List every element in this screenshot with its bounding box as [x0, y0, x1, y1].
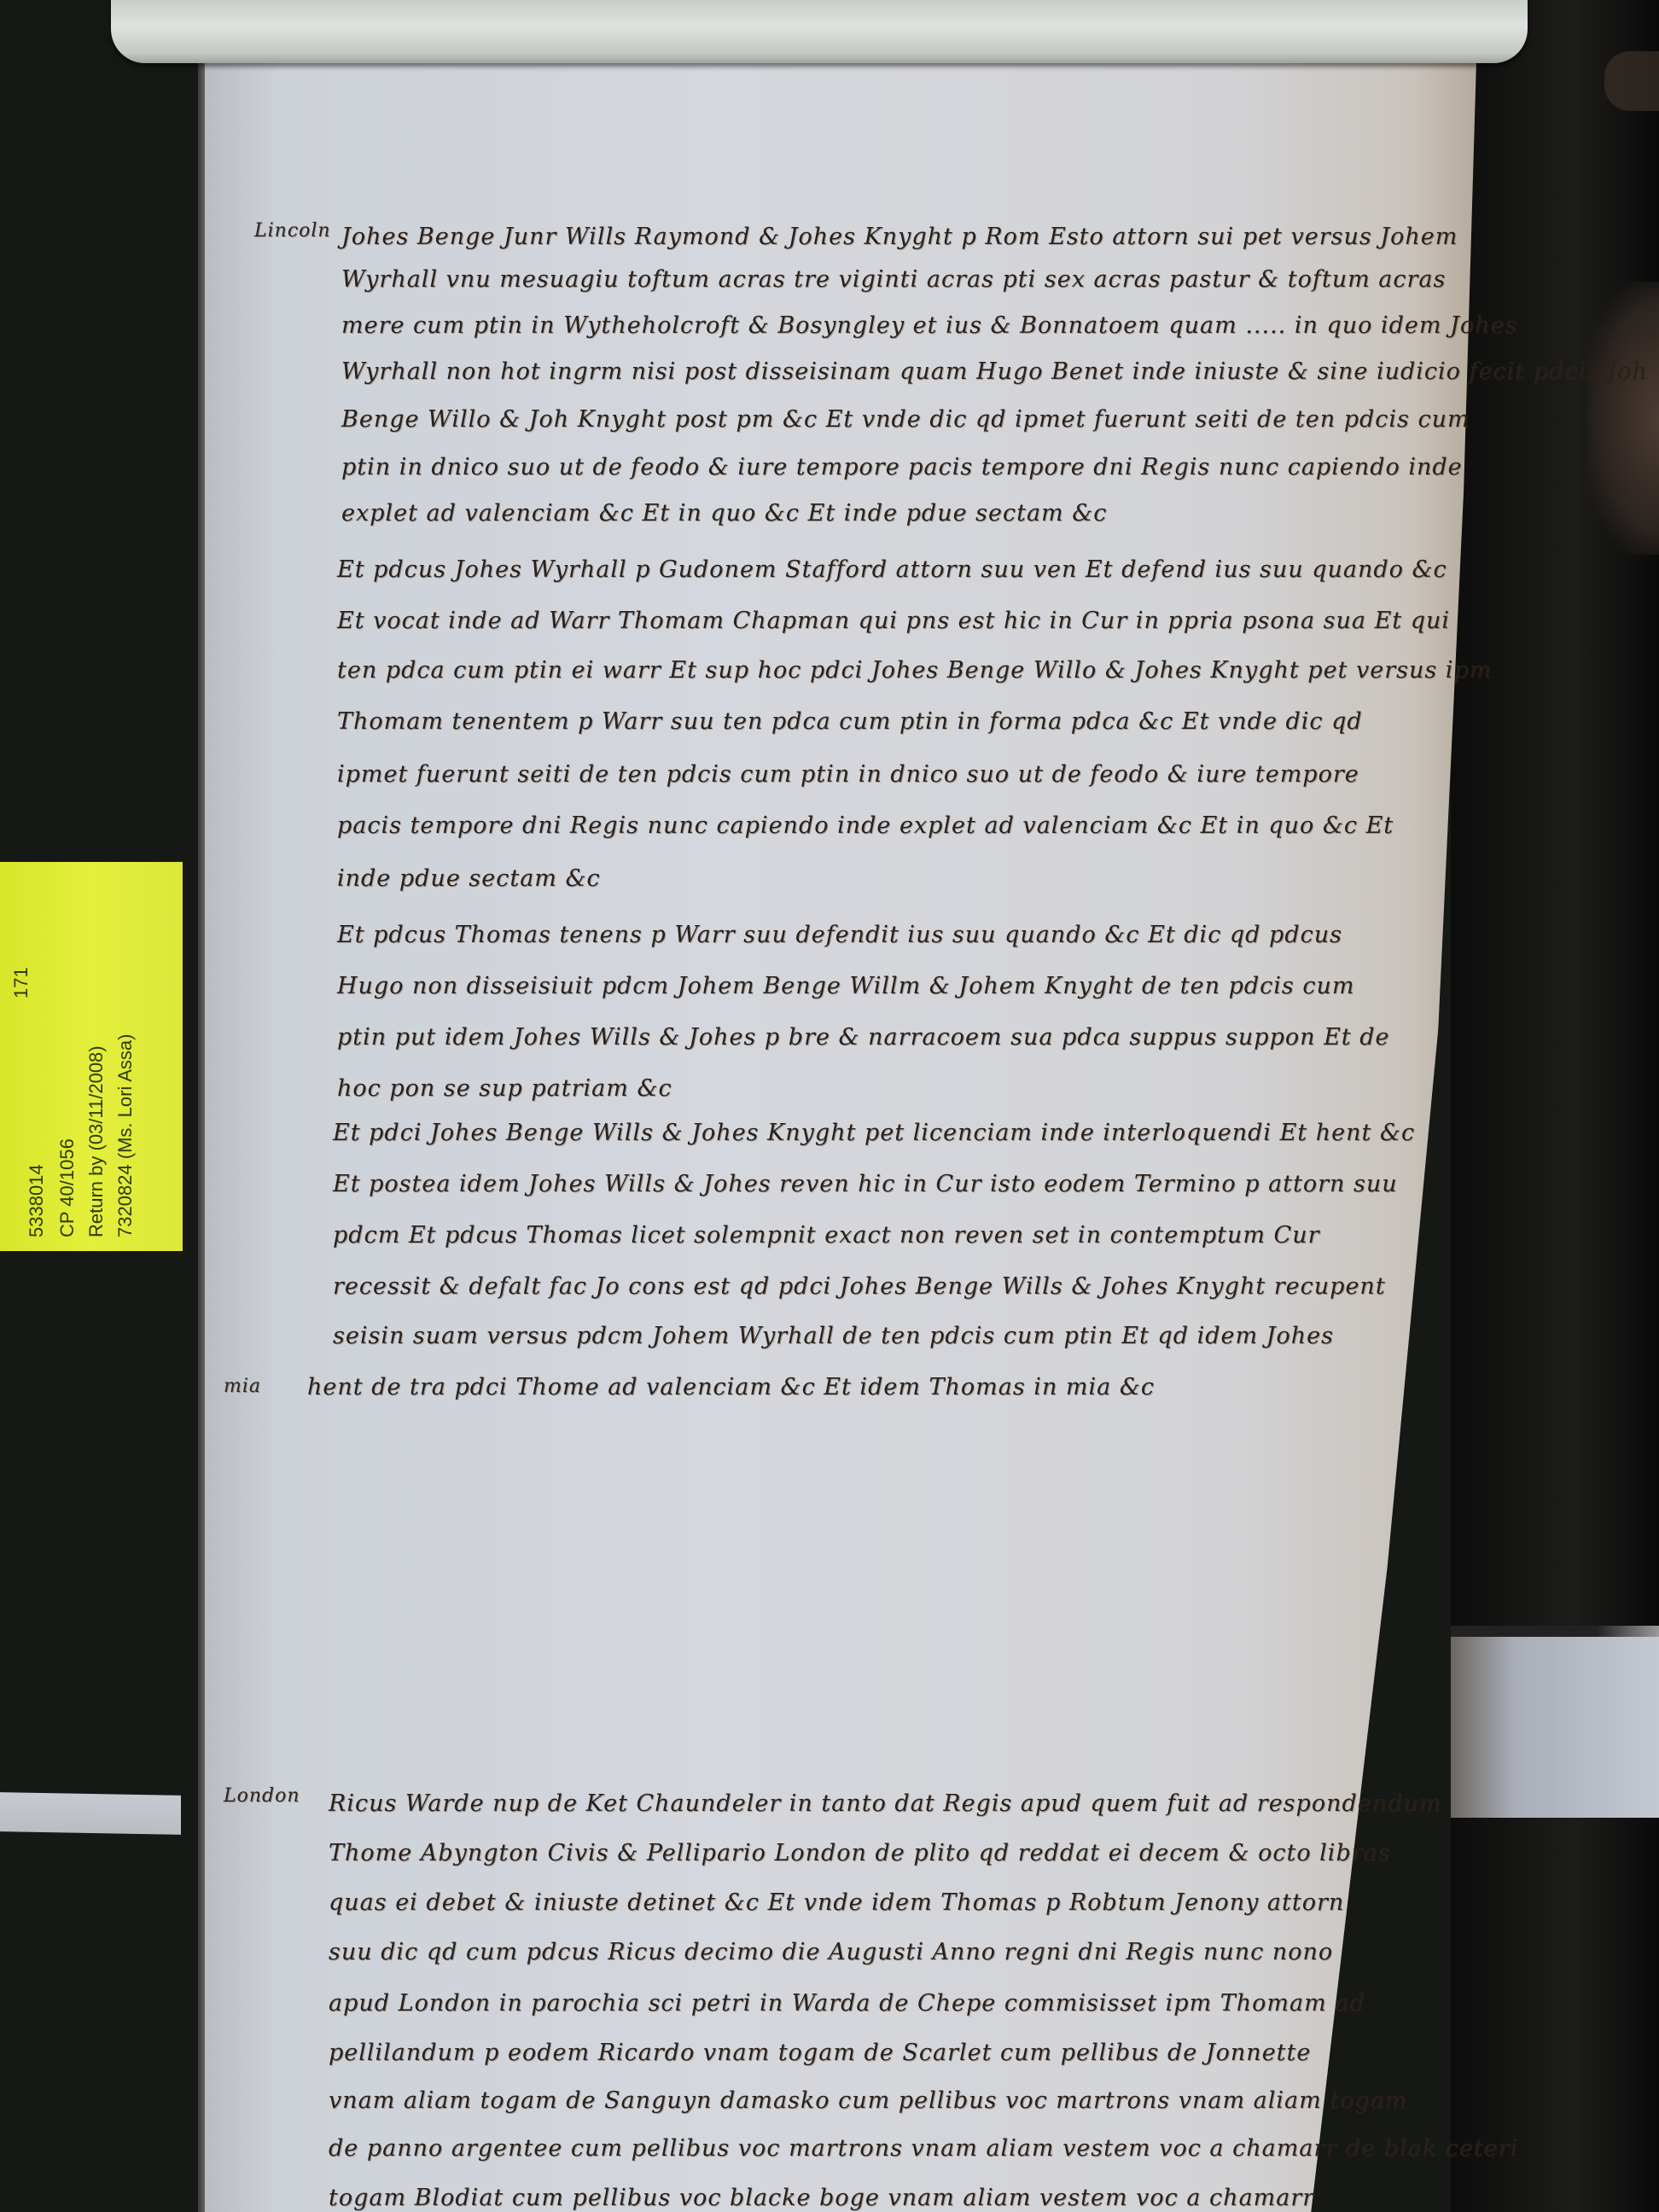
- sticker-number: 171: [10, 967, 32, 998]
- archive-sticker: 171 5338014 CP 40/1056 Return by (03/11/…: [0, 862, 183, 1251]
- text-line: Et postea idem Johes Wills & Johes reven…: [333, 1171, 1398, 1197]
- text-line: Thomam tenentem p Warr suu ten pdca cum …: [337, 708, 1363, 735]
- text-line: Et pdcus Thomas tenens p Warr suu defend…: [337, 922, 1342, 948]
- margin-heading-lincoln: Lincoln: [254, 220, 331, 242]
- text-line: Johes Benge Junr Wills Raymond & Johes K…: [341, 224, 1458, 250]
- sticker-requester: 7320824 (Ms. Lori Assa): [114, 1034, 137, 1237]
- text-line: pellilandum p eodem Ricardo vnam togam d…: [329, 2040, 1311, 2066]
- text-line: suu dic qd cum pdcus Ricus decimo die Au…: [329, 1939, 1333, 1965]
- text-line: explet ad valenciam &c Et in quo &c Et i…: [341, 500, 1107, 527]
- text-line: inde pdue sectam &c: [337, 865, 601, 892]
- text-line: ipmet fuerunt seiti de ten pdcis cum pti…: [337, 761, 1359, 788]
- hand-shadow: [1587, 282, 1659, 555]
- paper-strip: [0, 1792, 181, 1835]
- text-line: Et pdcus Johes Wyrhall p Gudonem Staffor…: [337, 556, 1447, 583]
- text-line: mere cum ptin in Wytheholcroft & Bosyngl…: [341, 312, 1517, 339]
- text-line: ten pdca cum ptin ei warr Et sup hoc pdc…: [337, 657, 1492, 684]
- white-card: [1451, 1637, 1659, 1818]
- sticker-reference: CP 40/1056: [56, 1138, 79, 1237]
- text-line: apud London in parochia sci petri in War…: [329, 1990, 1365, 2017]
- text-line: ptin put idem Johes Wills & Johes p bre …: [337, 1024, 1390, 1051]
- margin-heading-london: London: [224, 1785, 300, 1807]
- text-line: quas ei debet & iniuste detinet &c Et vn…: [329, 1889, 1344, 1916]
- text-line: ptin in dnico suo ut de feodo & iure tem…: [341, 454, 1463, 480]
- text-line: Wyrhall non hot ingrm nisi post disseisi…: [341, 358, 1648, 385]
- text-line: de panno argentee cum pellibus voc martr…: [329, 2135, 1518, 2162]
- sticker-line: 5338014: [26, 1164, 48, 1237]
- text-line: hent de tra pdci Thome ad valenciam &c E…: [307, 1374, 1155, 1400]
- text-line: Et vocat inde ad Warr Thomam Chapman qui…: [337, 608, 1450, 634]
- text-line: pdcm Et pdcus Thomas licet solempnit exa…: [333, 1222, 1320, 1249]
- card-edge: [1451, 1626, 1659, 1638]
- text-line: recessit & defalt fac Jo cons est qd pdc…: [333, 1273, 1386, 1300]
- text-line: Benge Willo & Joh Knyght post pm &c Et v…: [341, 406, 1470, 433]
- text-line: vnam aliam togam de Sanguyn damasko cum …: [329, 2087, 1407, 2114]
- text-line: Hugo non disseisiuit pdcm Johem Benge Wi…: [337, 973, 1354, 999]
- text-line: Ricus Warde nup de Ket Chaundeler in tan…: [329, 1790, 1441, 1817]
- text-line: Et pdci Johes Benge Wills & Johes Knyght…: [333, 1120, 1415, 1146]
- text-line: hoc pon se sup patriam &c: [337, 1075, 672, 1102]
- text-line: Wyrhall vnu mesuagiu toftum acras tre vi…: [341, 266, 1446, 293]
- text-line: togam Blodiat cum pellibus voc blacke bo…: [329, 2185, 1314, 2211]
- text-line: Thome Abyngton Civis & Pellipario London…: [329, 1840, 1391, 1866]
- cushion-edge: [1604, 51, 1659, 111]
- sticker-return-date: Return by (03/11/2008): [85, 1045, 108, 1237]
- text-line: seisin suam versus pdcm Johem Wyrhall de…: [333, 1323, 1334, 1349]
- rolled-membrane-top: [111, 0, 1528, 63]
- text-line: pacis tempore dni Regis nunc capiendo in…: [337, 812, 1394, 839]
- margin-note-mia: mia: [224, 1376, 261, 1397]
